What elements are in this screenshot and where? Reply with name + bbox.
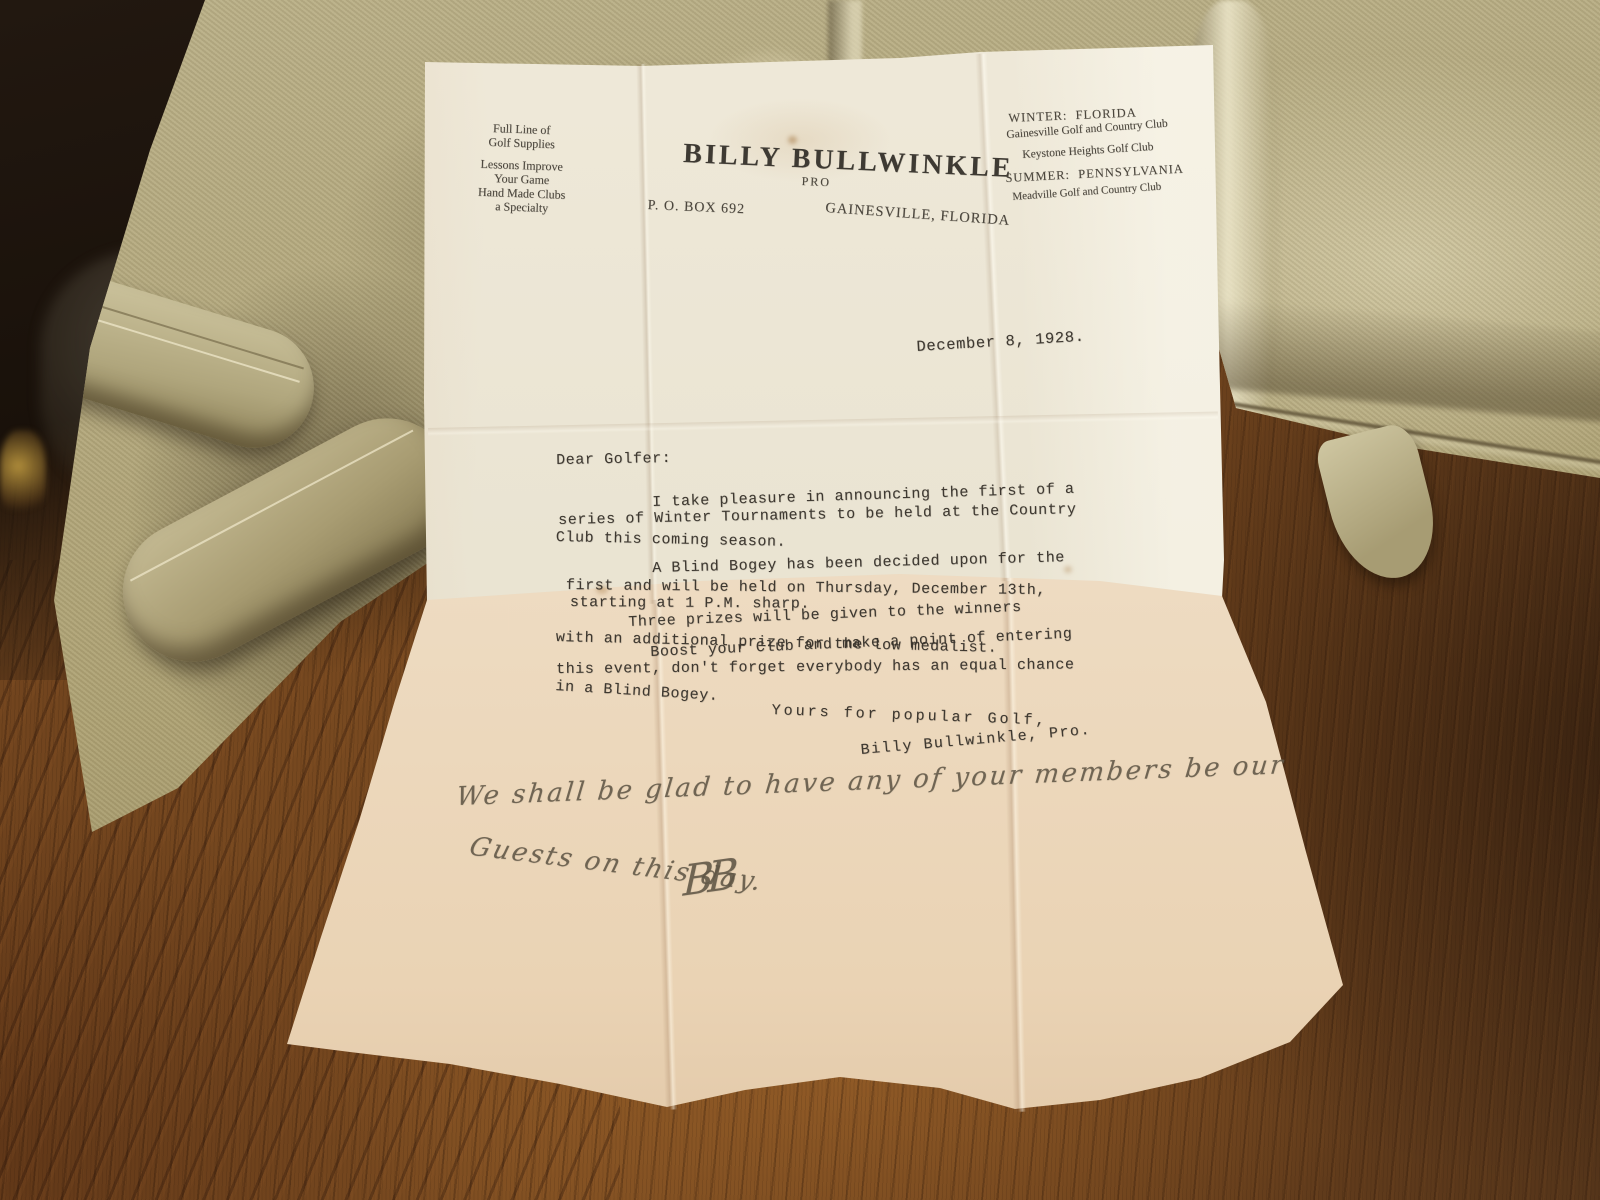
- fabric-lower-fold-seam: [130, 430, 413, 582]
- fabric-fold-shadow: [1207, 298, 1600, 423]
- gold-glint: [0, 430, 46, 520]
- letterhead-title: PRO: [801, 174, 831, 190]
- paper-stain: [1064, 566, 1072, 573]
- letter-salutation: Dear Golfer:: [556, 450, 671, 469]
- handwritten-initials: BB: [682, 849, 733, 906]
- photo-of-folded-letter: Full Line of Golf Supplies Lessons Impro…: [0, 0, 1600, 1200]
